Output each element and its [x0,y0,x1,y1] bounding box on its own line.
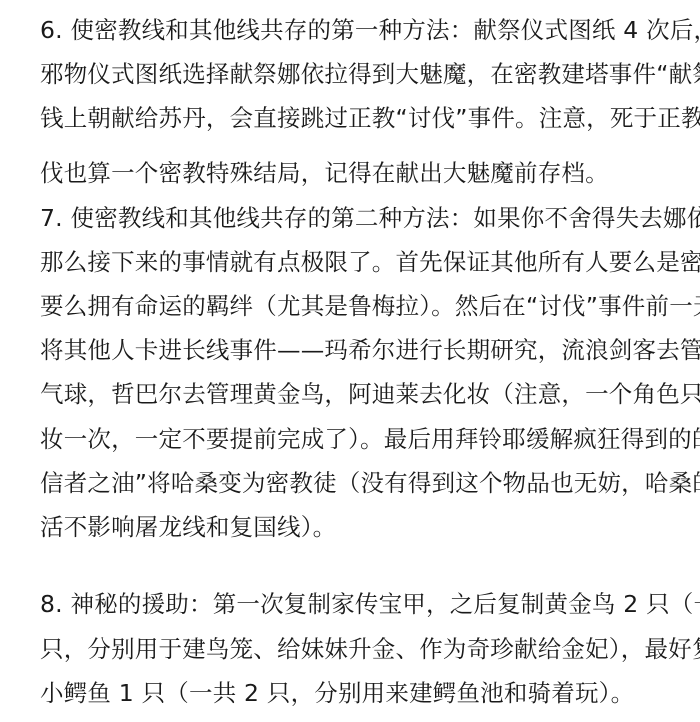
text-line: 伐也算一个密教特殊结局，记得在献出大魅魔前存档。 [40,151,609,195]
text-line: 气球，哲巴尔去管理黄金鸟，阿迪莱去化妆（注意，一个角色只能化 [40,372,700,416]
text-line: 将其他人卡进长线事件——玛希尔进行长期研究，流浪剑客去管理热 [40,328,700,372]
text-line: 只，分别用于建鸟笼、给妹妹升金、作为奇珍献给金妃），最好复制 [40,627,700,671]
text-line: 要么拥有命运的羁绊（尤其是鲁梅拉）。然后在“讨伐”事件前一天， [40,284,700,328]
text-line: 8. 神秘的援助：第一次复制家传宝甲，之后复制黄金鸟 2 只（一共 3 [40,582,700,626]
text-line: 妆一次，一定不要提前完成了）。最后用拜铃耶缓解疯狂得到的的“狂 [40,417,700,461]
text-line: 邪物仪式图纸选择献祭娜依拉得到大魅魔，在密教建塔事件“献祭” [40,52,700,96]
text-line: 活不影响屠龙线和复国线）。 [40,505,336,549]
text-line: 那么接下来的事情就有点极限了。首先保证其他所有人要么是密教徒， [40,240,700,284]
text-line: 7. 使密教线和其他线共存的第二种方法：如果你不舍得失去娜依拉， [40,196,700,240]
document-page: 6. 使密教线和其他线共存的第一种方法：献祭仪式图纸 4 次后，召唤 邪物仪式图… [0,0,700,722]
text-line: 小鳄鱼 1 只（一共 2 只，分别用来建鳄鱼池和骑着玩）。 [40,671,634,715]
text-line: 钱上朝献给苏丹，会直接跳过正教“讨伐”事件。注意，死于正教讨 [40,96,700,140]
text-line: 6. 使密教线和其他线共存的第一种方法：献祭仪式图纸 4 次后，召唤 [40,8,700,52]
text-line: 信者之油”将哈桑变为密教徒（没有得到这个物品也无妨，哈桑的死 [40,461,700,505]
